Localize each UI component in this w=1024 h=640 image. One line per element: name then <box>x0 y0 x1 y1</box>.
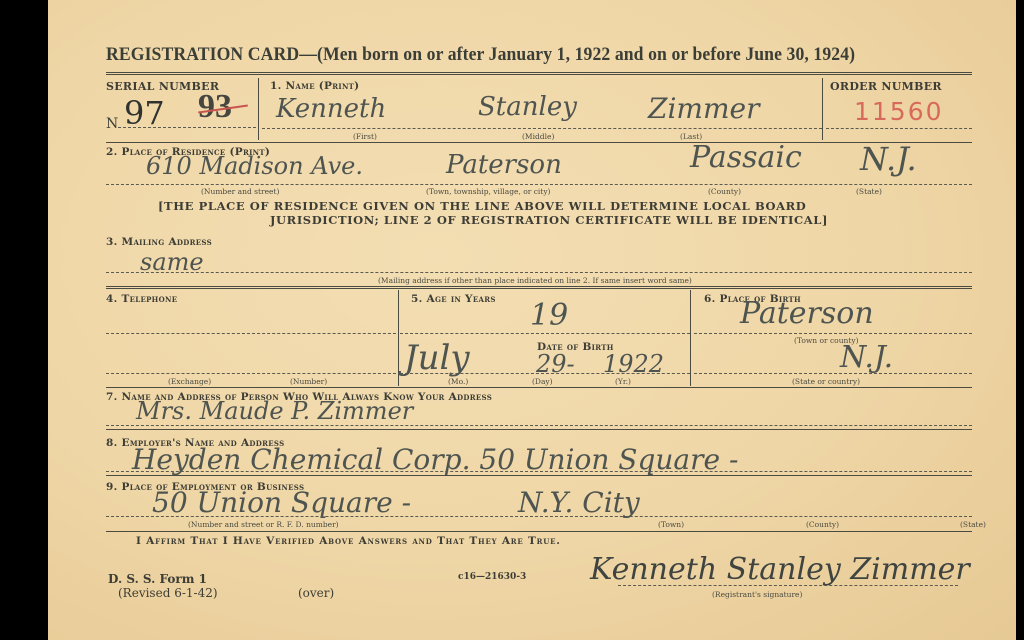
residence-state: N.J. <box>860 140 917 178</box>
name-underline <box>262 128 822 129</box>
over-note: (over) <box>298 586 334 600</box>
divider <box>690 290 691 386</box>
residence-notice-line1: [THE PLACE OF RESIDENCE GIVEN ON THE LIN… <box>158 199 806 213</box>
residence-street-caption: (Number and street) <box>201 187 279 196</box>
name-middle-caption: (Middle) <box>522 132 554 141</box>
employment-town-caption: (Town) <box>658 520 684 529</box>
telephone-exchange-caption: (Exchange) <box>168 377 211 386</box>
row-rule <box>106 531 972 532</box>
serial-prefix: N <box>106 116 118 132</box>
telephone-number-caption: (Number) <box>290 377 327 386</box>
residence-county-caption: (County) <box>708 187 741 196</box>
dob-year-caption: (Yr.) <box>615 377 631 386</box>
telephone-underline-1 <box>106 333 396 334</box>
title-rule <box>106 72 972 75</box>
divider <box>822 78 823 140</box>
row-rule <box>106 475 972 476</box>
registrant-signature: Kenneth Stanley Zimmer <box>590 552 970 587</box>
residence-county: Passaic <box>690 140 802 175</box>
age-underline <box>400 333 690 334</box>
dob-month: July <box>404 338 470 378</box>
employment-county-caption: (County) <box>806 520 839 529</box>
row-rule <box>106 286 972 289</box>
name-last: Zimmer <box>648 92 759 125</box>
contact-person-value: Mrs. Maude P. Zimmer <box>136 397 413 425</box>
residence-notice-line2: JURISDICTION; LINE 2 OF REGISTRATION CER… <box>270 213 828 227</box>
registration-card: REGISTRATION CARD—(Men born on or after … <box>48 0 1016 640</box>
name-middle: Stanley <box>478 92 577 122</box>
residence-underline <box>106 184 972 185</box>
name-label: 1. Name (Print) <box>270 80 359 92</box>
mailing-underline <box>106 272 972 273</box>
employment-state-caption: (State) <box>960 520 986 529</box>
row-rule <box>106 429 972 430</box>
card-title: REGISTRATION CARD—(Men born on or after … <box>106 44 855 66</box>
dob-underline <box>400 373 690 374</box>
birthplace-town-underline <box>694 333 972 334</box>
divider <box>398 290 399 386</box>
order-underline <box>826 128 972 129</box>
employment-place-street: 50 Union Square - <box>152 486 411 519</box>
affirmation-text: I Affirm That I Have Verified Above Answ… <box>136 535 561 547</box>
telephone-label: 4. Telephone <box>106 293 177 305</box>
print-code: c16—21630-3 <box>458 572 526 582</box>
row-rule <box>106 142 972 143</box>
age-label: 5. Age in Years <box>411 293 496 305</box>
signature-underline <box>618 585 958 586</box>
order-number-label: ORDER NUMBER <box>830 80 942 93</box>
divider <box>258 78 259 140</box>
birthplace-state: N.J. <box>840 340 893 375</box>
residence-town: Paterson <box>446 150 562 180</box>
name-first: Kenneth <box>276 94 386 124</box>
residence-town-caption: (Town, township, village, or city) <box>426 187 550 196</box>
form-number: D. S. S. Form 1 <box>108 572 207 586</box>
employment-street-caption: (Number and street or R. F. D. number) <box>188 520 339 529</box>
residence-street: 610 Madison Ave. <box>146 152 363 180</box>
employment-place-town: N.Y. City <box>518 486 640 519</box>
contact-underline <box>106 425 972 426</box>
serial-underline <box>118 127 256 128</box>
telephone-underline-2 <box>106 373 396 374</box>
dob-day-caption: (Day) <box>532 377 553 386</box>
order-number-value: 11560 <box>854 97 944 126</box>
mailing-address-caption: (Mailing address if other than place ind… <box>378 276 692 285</box>
birthplace-town: Paterson <box>740 296 874 331</box>
birthplace-state-caption: (State or country) <box>792 377 860 386</box>
residence-state-caption: (State) <box>856 187 882 196</box>
form-revised: (Revised 6-1-42) <box>118 586 218 600</box>
name-first-caption: (First) <box>353 132 377 141</box>
employer-underline <box>106 471 972 472</box>
dob-month-caption: (Mo.) <box>448 377 468 386</box>
signature-caption: (Registrant's signature) <box>712 590 802 599</box>
age-value: 19 <box>530 298 568 333</box>
row-rule <box>106 387 972 388</box>
employment-underline <box>106 516 972 517</box>
mailing-address-label: 3. Mailing Address <box>106 236 212 248</box>
birthplace-state-underline <box>694 373 972 374</box>
